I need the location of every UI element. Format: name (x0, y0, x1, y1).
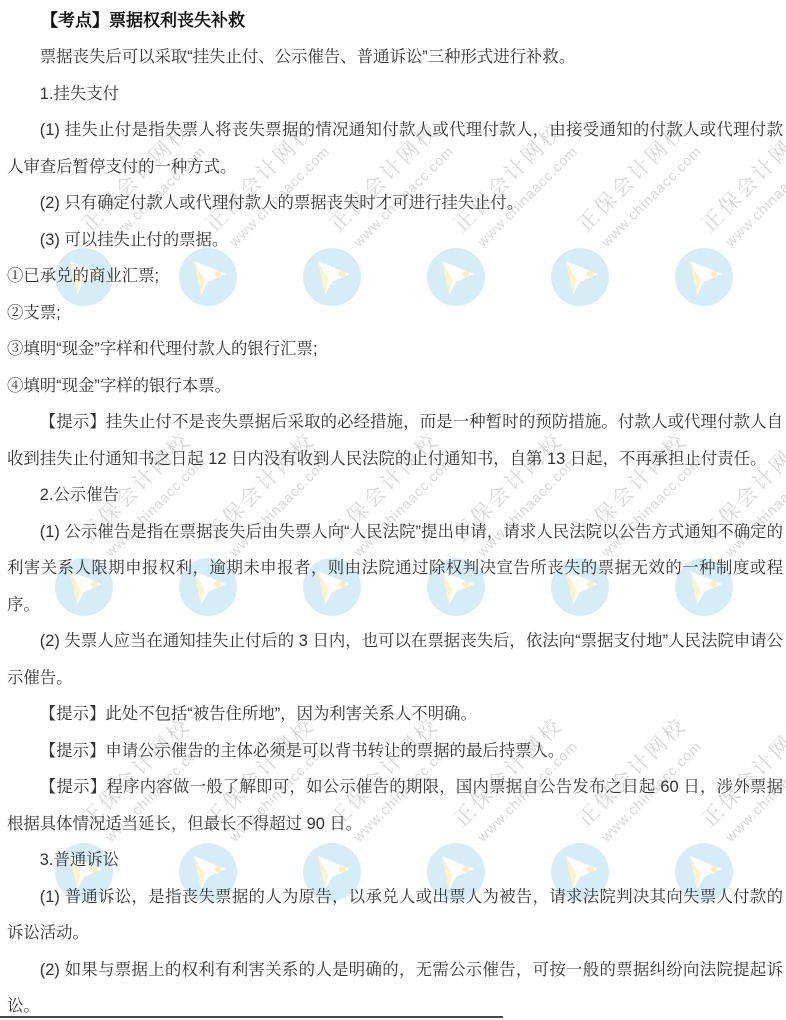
paragraph: 3.普通诉讼 (7, 842, 783, 879)
paragraph: (1) 普通诉讼，是指丧失票据的人为原告，以承兑人或出票人为被告，请求法院判决其… (7, 879, 783, 952)
paragraph: (2) 失票人应当在通知挂失止付后的 3 日内，也可以在票据丧失后，依法向“票据… (7, 623, 783, 696)
paragraph: ②支票; (7, 295, 783, 332)
paragraph: ③填明“现金”字样和代理付款人的银行汇票; (7, 331, 783, 368)
paragraph: (3) 可以挂失止付的票据。 (7, 222, 783, 259)
paragraph: (2) 如果与票据上的权利有利害关系的人是明确的，无需公示催告，可按一般的票据纠… (7, 952, 783, 1020)
paragraph: 票据丧失后可以采取“挂失止付、公示催告、普通诉讼”三种形式进行补救。 (7, 39, 783, 76)
paragraph: 【提示】此处不包括“被告住所地”，因为利害关系人不明确。 (7, 696, 783, 733)
paragraph: ①已承兑的商业汇票; (7, 258, 783, 295)
topic-heading: 【考点】票据权利丧失补救 (7, 3, 783, 40)
paragraph: 【提示】申请公示催告的主体必须是可以背书转让的票据的最后持票人。 (7, 733, 783, 770)
paragraph: 1.挂失支付 (7, 76, 783, 113)
document-page: 正保会计网校www.chinaacc.com正保会计网校www.chinaacc… (0, 0, 786, 1020)
paragraph: 2.公示催告 (7, 477, 783, 514)
bottom-partial-line (0, 1016, 503, 1018)
paragraph: (1) 挂失止付是指失票人将丧失票据的情况通知付款人或代理付款人，由接受通知的付… (7, 112, 783, 185)
paragraph: 【提示】挂失止付不是丧失票据后采取的必经措施，而是一种暂时的预防措施。付款人或代… (7, 404, 783, 477)
paragraph: (1) 公示催告是指在票据丧失后由失票人向“人民法院”提出申请，请求人民法院以公… (7, 514, 783, 624)
document-content: 【考点】票据权利丧失补救 票据丧失后可以采取“挂失止付、公示催告、普通诉讼”三种… (0, 0, 786, 1020)
paragraph: (2) 只有确定付款人或代理付款人的票据丧失时才可进行挂失止付。 (7, 185, 783, 222)
paragraph: 【提示】程序内容做一般了解即可，如公示催告的期限，国内票据自公告发布之日起 60… (7, 769, 783, 842)
paragraph: ④填明“现金”字样的银行本票。 (7, 368, 783, 405)
